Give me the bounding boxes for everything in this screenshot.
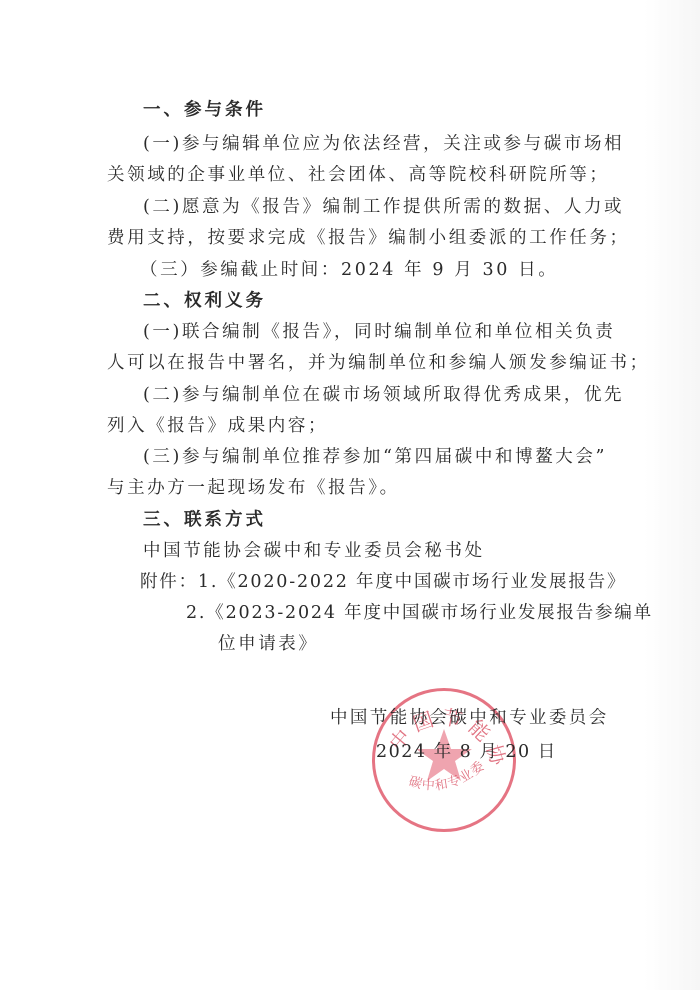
paragraph-line: (一)联合编制《报告》，同时编制单位和单位相关负责: [143, 321, 615, 343]
section-heading-rights: 二、权利义务: [143, 290, 266, 312]
signature-organization: 中国节能协会碳中和专业委员会: [330, 707, 609, 729]
paragraph-line: 关领域的企事业单位、社会团体、高等院校科研院所等；: [107, 164, 610, 186]
signature-date: 2024 年 8 月 20 日: [376, 741, 557, 763]
attachment-item-2: 2.《2023-2024 年度中国碳市场行业发展报告参编单: [186, 602, 653, 624]
attachment-item-2-continued: 位申请表》: [218, 633, 319, 655]
paragraph-line: (三)参与编制单位推荐参加“第四届碳中和博鳌大会”: [143, 446, 607, 468]
paragraph-line: (二)参与编制单位在碳市场领域所取得优秀成果，优先: [143, 384, 624, 406]
paragraph-line: (二)愿意为《报告》编制工作提供所需的数据、人力或: [143, 196, 624, 218]
attachment-item-1: 附件：1.《2020-2022 年度中国碳市场行业发展报告》: [140, 571, 626, 593]
paragraph-line: 费用支持，按要求完成《报告》编制小组委派的工作任务；: [107, 227, 630, 249]
paragraph-line: 列入《报告》成果内容；: [107, 415, 328, 437]
section-heading-conditions: 一、参与条件: [143, 99, 266, 121]
paragraph-line: 人可以在报告中署名，并为编制单位和参编人颁发参编证书；: [107, 352, 650, 374]
section-heading-contact: 三、联系方式: [143, 509, 266, 531]
document-page: 一、参与条件 (一)参与编辑单位应为依法经营，关注或参与碳市场相 关领域的企事业…: [0, 0, 700, 990]
paragraph-line: 与主办方一起现场发布《报告》。: [107, 477, 400, 499]
paragraph-line-deadline: （三）参编截止时间：2024 年 9 月 30 日。: [140, 259, 558, 281]
paragraph-line: (一)参与编辑单位应为依法经营，关注或参与碳市场相: [143, 133, 624, 155]
contact-organization: 中国节能协会碳中和专业委员会秘书处: [143, 540, 485, 562]
